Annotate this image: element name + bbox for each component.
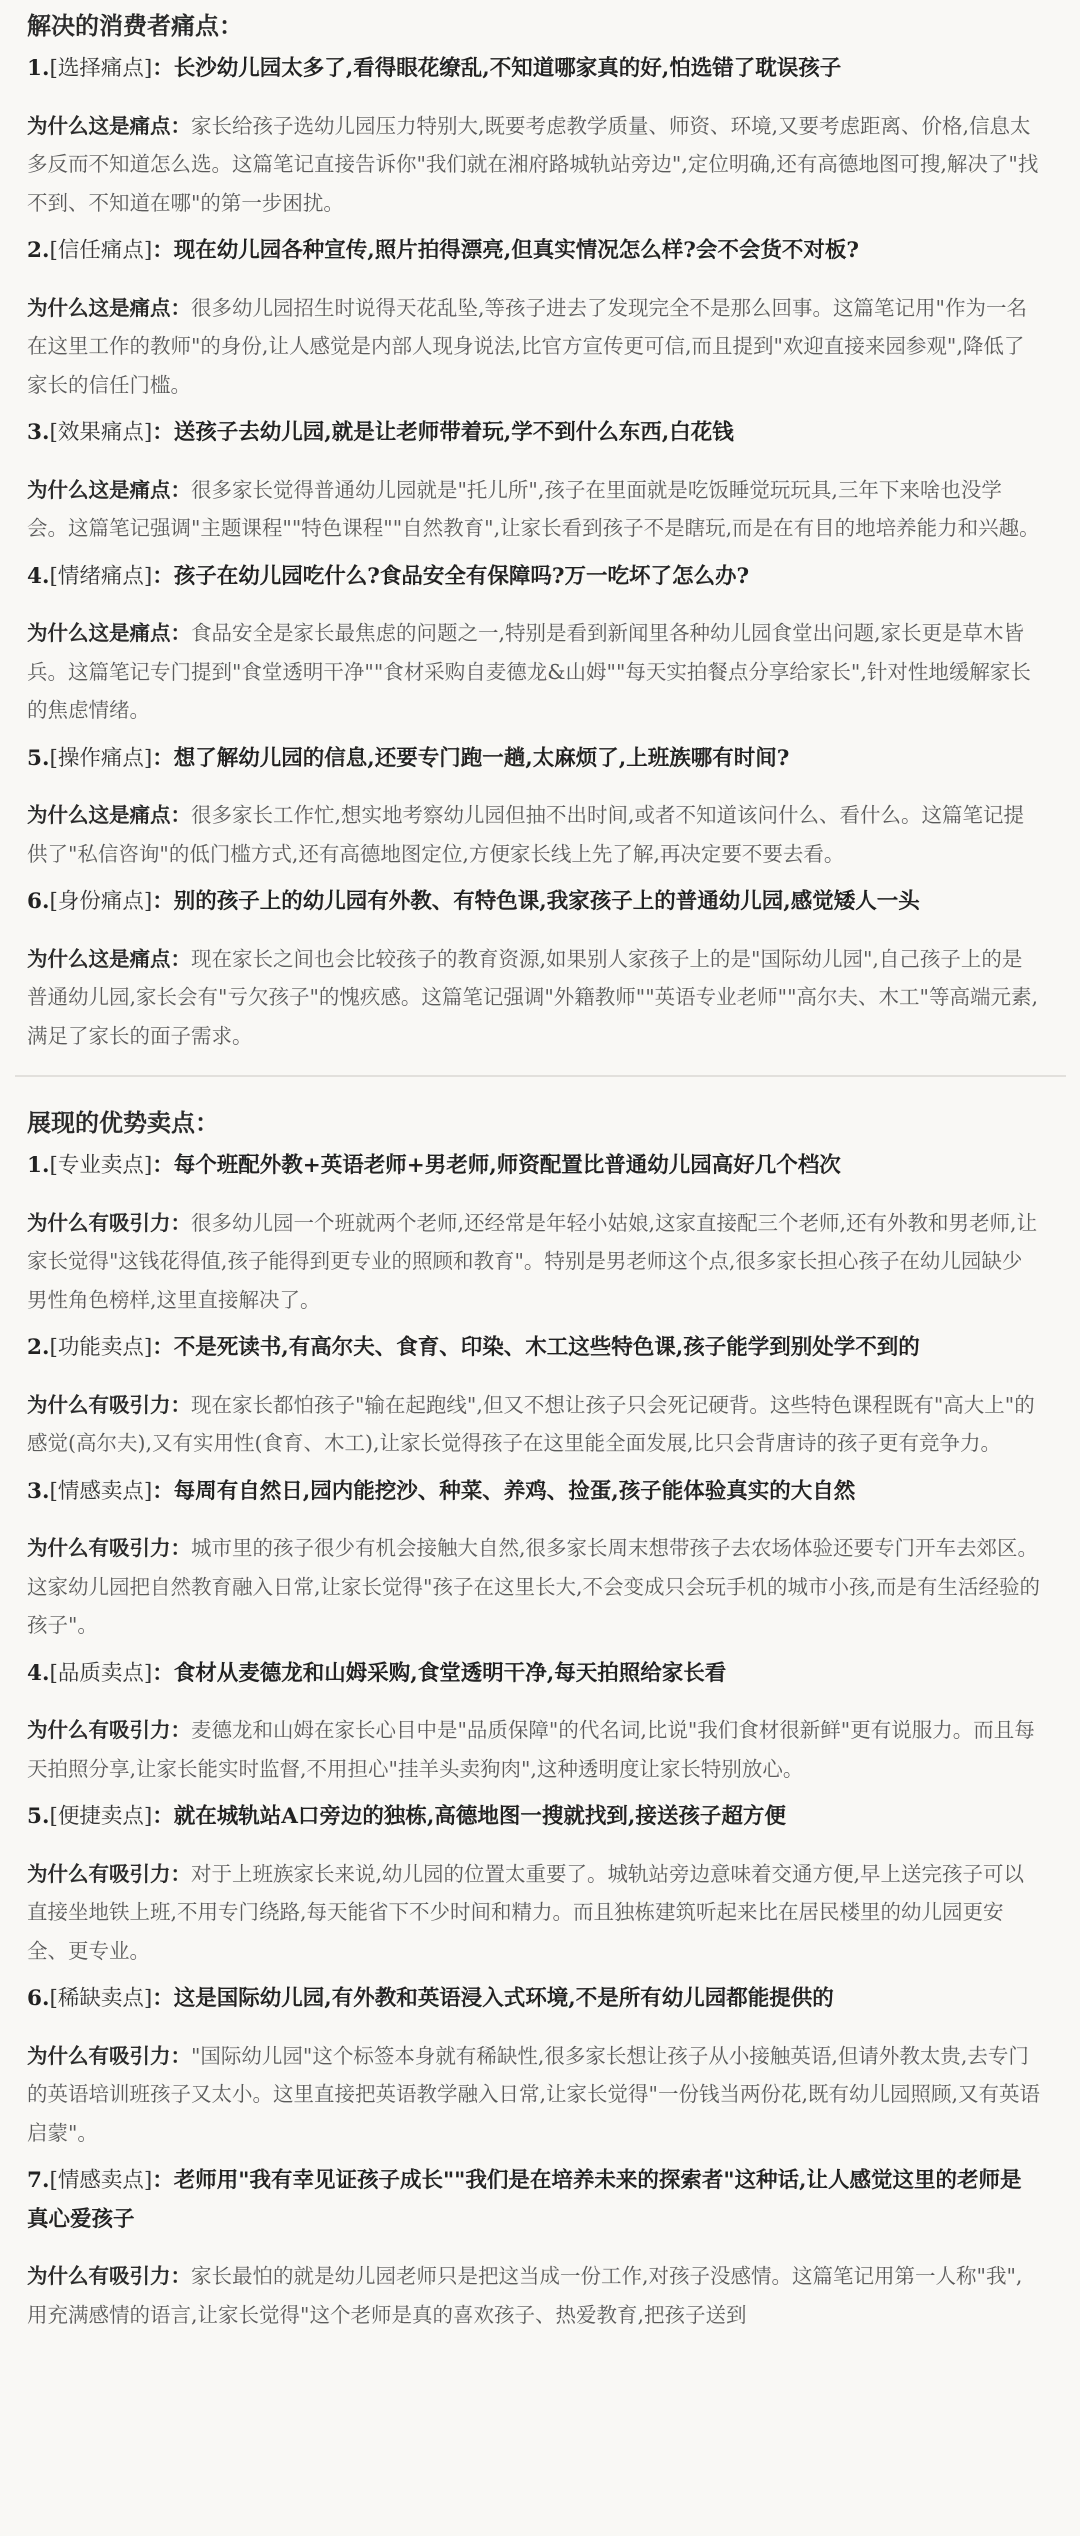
item-tag: [稀缺卖点]	[49, 1986, 152, 2011]
item-tag: [功能卖点]	[49, 1335, 152, 1360]
section-divider	[15, 1075, 1066, 1077]
selling-point-title: 5.[便捷卖点]：就在城轨站A口旁边的独栋,高德地图一搜就找到,接送孩子超方便	[27, 1798, 1042, 1837]
why-label: 为什么有吸引力：	[27, 2044, 191, 2068]
why-label: 为什么有吸引力：	[27, 1718, 191, 1742]
item-tag: [选择痛点]	[49, 56, 152, 81]
pain-point-explanation: 为什么这是痛点：很多幼儿园招生时说得天花乱坠,等孩子进去了发现完全不是那么回事。…	[27, 289, 1042, 405]
why-label: 为什么这是痛点：	[27, 621, 191, 645]
item-colon: ：	[152, 238, 174, 263]
item-tag: [专业卖点]	[49, 1153, 152, 1178]
pain-point-item: 4.[情绪痛点]：孩子在幼儿园吃什么?食品安全有保障吗?万一吃坏了怎么办? 为什…	[27, 558, 1042, 730]
item-colon: ：	[152, 1804, 174, 1829]
selling-point-title: 4.[品质卖点]：食材从麦德龙和山姆采购,食堂透明干净,每天拍照给家长看	[27, 1655, 1042, 1694]
item-number: 3.	[27, 420, 49, 445]
item-number: 6.	[27, 889, 49, 914]
item-colon: ：	[152, 746, 174, 771]
item-title-text: 想了解幼儿园的信息,还要专门跑一趟,太麻烦了,上班族哪有时间?	[174, 746, 790, 771]
section-heading-selling-points: 展现的优势卖点：	[27, 1103, 1042, 1143]
item-title-text: 就在城轨站A口旁边的独栋,高德地图一搜就找到,接送孩子超方便	[174, 1804, 786, 1829]
pain-point-item: 1.[选择痛点]：长沙幼儿园太多了,看得眼花缭乱,不知道哪家真的好,怕选错了耽误…	[27, 50, 1042, 222]
why-label: 为什么这是痛点：	[27, 478, 191, 502]
document-page: 解决的消费者痛点： 1.[选择痛点]：长沙幼儿园太多了,看得眼花缭乱,不知道哪家…	[0, 0, 1080, 2334]
pain-points-section: 解决的消费者痛点： 1.[选择痛点]：长沙幼儿园太多了,看得眼花缭乱,不知道哪家…	[27, 6, 1042, 1055]
item-number: 6.	[27, 1986, 49, 2011]
pain-point-explanation: 为什么这是痛点：家长给孩子选幼儿园压力特别大,既要考虑教学质量、师资、环境,又要…	[27, 107, 1042, 223]
item-title-text: 食材从麦德龙和山姆采购,食堂透明干净,每天拍照给家长看	[174, 1661, 726, 1686]
selling-point-explanation: 为什么有吸引力：城市里的孩子很少有机会接触大自然,很多家长周末想带孩子去农场体验…	[27, 1529, 1042, 1645]
item-title-text: 不是死读书,有高尔夫、食育、印染、木工这些特色课,孩子能学到别处学不到的	[174, 1335, 920, 1360]
item-title-text: 老师用"我有幸见证孩子成长""我们是在培养未来的探索者"这种话,让人感觉这里的老…	[27, 2168, 1022, 2232]
item-number: 4.	[27, 564, 49, 589]
selling-points-section: 展现的优势卖点： 1.[专业卖点]：每个班配外教+英语老师+男老师,师资配置比普…	[27, 1103, 1042, 2334]
item-colon: ：	[152, 1335, 174, 1360]
item-number: 3.	[27, 1479, 49, 1504]
why-label: 为什么这是痛点：	[27, 296, 191, 320]
item-title-text: 长沙幼儿园太多了,看得眼花缭乱,不知道哪家真的好,怕选错了耽误孩子	[174, 56, 841, 81]
selling-point-explanation: 为什么有吸引力："国际幼儿园"这个标签本身就有稀缺性,很多家长想让孩子从小接触英…	[27, 2037, 1042, 2153]
why-label: 为什么有吸引力：	[27, 2264, 191, 2288]
why-label: 为什么有吸引力：	[27, 1536, 191, 1560]
item-colon: ：	[152, 1661, 174, 1686]
item-title-text: 送孩子去幼儿园,就是让老师带着玩,学不到什么东西,白花钱	[174, 420, 734, 445]
selling-point-title: 2.[功能卖点]：不是死读书,有高尔夫、食育、印染、木工这些特色课,孩子能学到别…	[27, 1329, 1042, 1368]
selling-point-title: 3.[情感卖点]：每周有自然日,园内能挖沙、种菜、养鸡、捡蛋,孩子能体验真实的大…	[27, 1473, 1042, 1512]
selling-point-item: 5.[便捷卖点]：就在城轨站A口旁边的独栋,高德地图一搜就找到,接送孩子超方便 …	[27, 1798, 1042, 1970]
pain-point-title: 1.[选择痛点]：长沙幼儿园太多了,看得眼花缭乱,不知道哪家真的好,怕选错了耽误…	[27, 50, 1042, 89]
selling-point-explanation: 为什么有吸引力：现在家长都怕孩子"输在起跑线",但又不想让孩子只会死记硬背。这些…	[27, 1386, 1042, 1463]
item-title-text: 这是国际幼儿园,有外教和英语浸入式环境,不是所有幼儿园都能提供的	[174, 1986, 834, 2011]
item-colon: ：	[152, 1153, 174, 1178]
item-tag: [操作痛点]	[49, 746, 152, 771]
why-label: 为什么有吸引力：	[27, 1393, 191, 1417]
item-number: 5.	[27, 1804, 49, 1829]
item-number: 4.	[27, 1661, 49, 1686]
item-tag: [品质卖点]	[49, 1661, 152, 1686]
item-colon: ：	[152, 56, 174, 81]
pain-point-explanation: 为什么这是痛点：现在家长之间也会比较孩子的教育资源,如果别人家孩子上的是"国际幼…	[27, 940, 1042, 1056]
item-tag: [情感卖点]	[49, 1479, 152, 1504]
selling-point-item: 1.[专业卖点]：每个班配外教+英语老师+男老师,师资配置比普通幼儿园高好几个档…	[27, 1147, 1042, 1319]
item-title-text: 每个班配外教+英语老师+男老师,师资配置比普通幼儿园高好几个档次	[174, 1153, 841, 1178]
selling-point-item: 2.[功能卖点]：不是死读书,有高尔夫、食育、印染、木工这些特色课,孩子能学到别…	[27, 1329, 1042, 1463]
item-colon: ：	[152, 2168, 174, 2193]
item-title-text: 每周有自然日,园内能挖沙、种菜、养鸡、捡蛋,孩子能体验真实的大自然	[174, 1479, 855, 1504]
why-label: 为什么这是痛点：	[27, 947, 191, 971]
item-title-text: 别的孩子上的幼儿园有外教、有特色课,我家孩子上的普通幼儿园,感觉矮人一头	[174, 889, 920, 914]
item-title-text: 现在幼儿园各种宣传,照片拍得漂亮,但真实情况怎么样?会不会货不对板?	[174, 238, 859, 263]
pain-point-title: 4.[情绪痛点]：孩子在幼儿园吃什么?食品安全有保障吗?万一吃坏了怎么办?	[27, 558, 1042, 597]
selling-point-title: 7.[情感卖点]：老师用"我有幸见证孩子成长""我们是在培养未来的探索者"这种话…	[27, 2162, 1042, 2239]
item-tag: [便捷卖点]	[49, 1804, 152, 1829]
item-colon: ：	[152, 564, 174, 589]
selling-point-item: 7.[情感卖点]：老师用"我有幸见证孩子成长""我们是在培养未来的探索者"这种话…	[27, 2162, 1042, 2334]
pain-point-item: 3.[效果痛点]：送孩子去幼儿园,就是让老师带着玩,学不到什么东西,白花钱 为什…	[27, 414, 1042, 548]
pain-point-item: 5.[操作痛点]：想了解幼儿园的信息,还要专门跑一趟,太麻烦了,上班族哪有时间?…	[27, 740, 1042, 874]
selling-point-item: 6.[稀缺卖点]：这是国际幼儿园,有外教和英语浸入式环境,不是所有幼儿园都能提供…	[27, 1980, 1042, 2152]
item-colon: ：	[152, 1986, 174, 2011]
selling-point-explanation: 为什么有吸引力：很多幼儿园一个班就两个老师,还经常是年轻小姑娘,这家直接配三个老…	[27, 1204, 1042, 1320]
pain-point-item: 6.[身份痛点]：别的孩子上的幼儿园有外教、有特色课,我家孩子上的普通幼儿园,感…	[27, 883, 1042, 1055]
item-tag: [情感卖点]	[49, 2168, 152, 2193]
item-colon: ：	[152, 1479, 174, 1504]
item-tag: [身份痛点]	[49, 889, 152, 914]
why-label: 为什么这是痛点：	[27, 114, 191, 138]
selling-point-item: 4.[品质卖点]：食材从麦德龙和山姆采购,食堂透明干净,每天拍照给家长看 为什么…	[27, 1655, 1042, 1789]
why-label: 为什么有吸引力：	[27, 1862, 191, 1886]
pain-point-explanation: 为什么这是痛点：很多家长觉得普通幼儿园就是"托儿所",孩子在里面就是吃饭睡觉玩玩…	[27, 471, 1042, 548]
pain-point-title: 3.[效果痛点]：送孩子去幼儿园,就是让老师带着玩,学不到什么东西,白花钱	[27, 414, 1042, 453]
item-number: 1.	[27, 56, 49, 81]
item-title-text: 孩子在幼儿园吃什么?食品安全有保障吗?万一吃坏了怎么办?	[174, 564, 749, 589]
pain-point-title: 6.[身份痛点]：别的孩子上的幼儿园有外教、有特色课,我家孩子上的普通幼儿园,感…	[27, 883, 1042, 922]
section-heading-pain-points: 解决的消费者痛点：	[27, 6, 1042, 46]
pain-point-title: 2.[信任痛点]：现在幼儿园各种宣传,照片拍得漂亮,但真实情况怎么样?会不会货不…	[27, 232, 1042, 271]
item-number: 2.	[27, 1335, 49, 1360]
selling-point-explanation: 为什么有吸引力：麦德龙和山姆在家长心目中是"品质保障"的代名词,比说"我们食材很…	[27, 1711, 1042, 1788]
selling-point-item: 3.[情感卖点]：每周有自然日,园内能挖沙、种菜、养鸡、捡蛋,孩子能体验真实的大…	[27, 1473, 1042, 1645]
selling-point-title: 1.[专业卖点]：每个班配外教+英语老师+男老师,师资配置比普通幼儿园高好几个档…	[27, 1147, 1042, 1186]
item-number: 5.	[27, 746, 49, 771]
item-colon: ：	[152, 420, 174, 445]
item-number: 2.	[27, 238, 49, 263]
pain-point-item: 2.[信任痛点]：现在幼儿园各种宣传,照片拍得漂亮,但真实情况怎么样?会不会货不…	[27, 232, 1042, 404]
pain-point-title: 5.[操作痛点]：想了解幼儿园的信息,还要专门跑一趟,太麻烦了,上班族哪有时间?	[27, 740, 1042, 779]
item-colon: ：	[152, 889, 174, 914]
item-tag: [情绪痛点]	[49, 564, 152, 589]
pain-point-explanation: 为什么这是痛点：很多家长工作忙,想实地考察幼儿园但抽不出时间,或者不知道该问什么…	[27, 796, 1042, 873]
why-label: 为什么有吸引力：	[27, 1211, 191, 1235]
selling-point-title: 6.[稀缺卖点]：这是国际幼儿园,有外教和英语浸入式环境,不是所有幼儿园都能提供…	[27, 1980, 1042, 2019]
item-number: 7.	[27, 2168, 49, 2193]
why-label: 为什么这是痛点：	[27, 803, 191, 827]
pain-point-explanation: 为什么这是痛点：食品安全是家长最焦虑的问题之一,特别是看到新闻里各种幼儿园食堂出…	[27, 614, 1042, 730]
selling-point-explanation: 为什么有吸引力：家长最怕的就是幼儿园老师只是把这当成一份工作,对孩子没感情。这篇…	[27, 2257, 1042, 2334]
item-tag: [效果痛点]	[49, 420, 152, 445]
selling-point-explanation: 为什么有吸引力：对于上班族家长来说,幼儿园的位置太重要了。城轨站旁边意味着交通方…	[27, 1855, 1042, 1971]
item-tag: [信任痛点]	[49, 238, 152, 263]
item-number: 1.	[27, 1153, 49, 1178]
